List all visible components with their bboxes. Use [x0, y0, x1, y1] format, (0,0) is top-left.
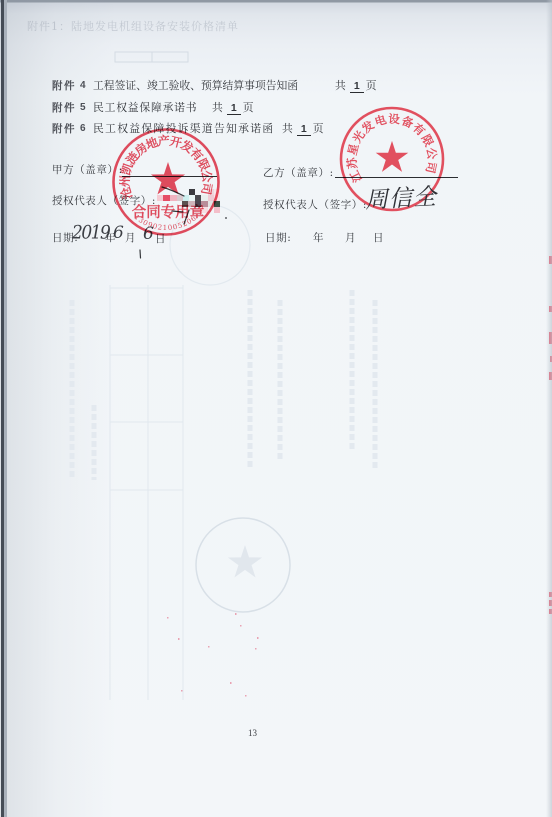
scan-edge-left-highlight — [4, 0, 7, 817]
scan-edge-right — [546, 0, 552, 817]
page-number: 13 — [248, 727, 257, 739]
edge-seal-marks — [0, 0, 552, 817]
document-page: 附件1：陆地发电机组设备安装价格清单 附件 4 工程签证、竣工验收、预算结算事项… — [0, 0, 552, 817]
